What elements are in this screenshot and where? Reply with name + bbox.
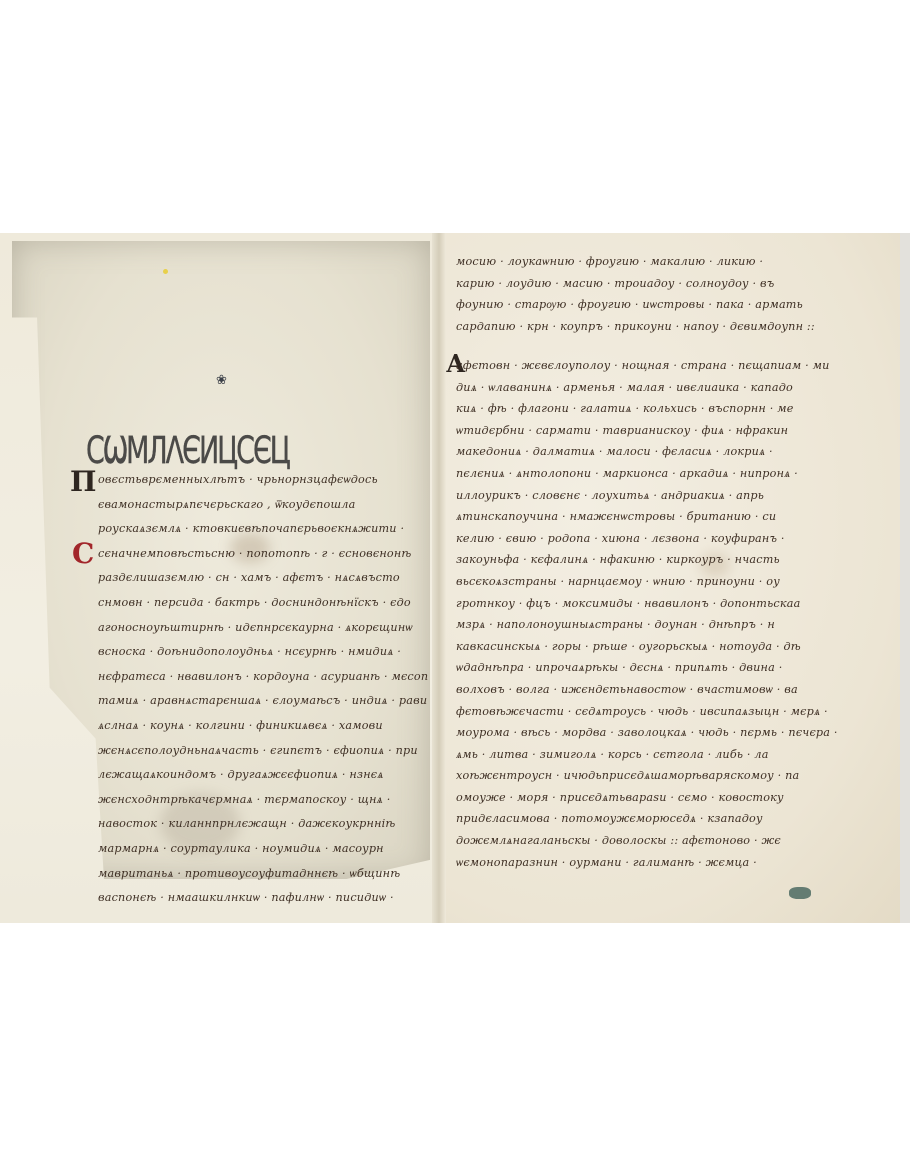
text-line: волховъ · волга · ижєндєтьнавостоѡ · вча… [456,679,856,701]
right-edge-strip [900,233,910,923]
yellow-mark [163,269,168,274]
text-line: васпонєѣ · нмаашкилнкиѡ · пафилнѡ · писи… [98,886,428,911]
right-page-text-main: афєтовн · жєвєлоуполоу · нощная · страна… [456,355,856,873]
text-line: навосток · киланнпрнлєжащн · дажєкоукрнн… [98,812,428,837]
text-line: фоунию · старѹю · фроугию · иѡстровы · п… [456,294,856,316]
text-line: ѡємонопаразнин · оурмани · галиманѣ · жє… [456,852,856,874]
text-line: кавкасинскыѧ · горы · рѣше · оугорьскыѧ … [456,636,856,658]
text-line: ѧмь · литва · зимиголѧ · корсь · сєтгола… [456,744,856,766]
text-line: всноска · доѣнидополоудньѧ · нсєурнѣ · н… [98,640,428,665]
text-line: фєтовѣжєчасти · сєдѧтроусь · чюдь · ивси… [456,701,856,723]
text-line: мзрѧ · наполоноушныѧстраны · доунан · дн… [456,614,856,636]
text-line: карию · лоудию · масию · троиадоу · солн… [456,273,856,295]
text-line: келию · євию · родопа · хиюна · лєзвона … [456,528,856,550]
text-line: євамонастырѧпєчєрьскаго , ѿкоудєпошла [98,493,428,518]
text-line: овєстьврєменныхлѣтъ · чрьнорнзцафєѡдось [98,468,428,493]
text-line: сєначнемповѣстьсню · попотопѣ · г · єсно… [98,542,428,567]
text-line: нєфратєса · нвавилонъ · кордоуна · асури… [98,665,428,690]
text-line: ѧслнаѧ · коунѧ · колгини · финикиѧвєѧ · … [98,714,428,739]
text-line: хоѣжєнтроусн · ичюдьприсєдѧшаморѣваряско… [456,765,856,787]
text-line: афєтовн · жєвєлоуполоу · нощная · страна… [456,355,856,377]
text-line: диѧ · ѡлаванинѧ · арменья · малая · ивєл… [456,377,856,399]
text-line: ѡдаднѣпра · ипрочаѧрѣкы · дєснѧ · припѧт… [456,657,856,679]
text-line: мавританьѧ · противоусоуфитадннєѣ · ѡбщи… [98,862,428,887]
text-line: роускаѧзємлѧ · ктовкиєвѣпочапєрьвоєкнѧжи… [98,517,428,542]
text-line: раздєлишазємлю · сн · хамъ · афєтъ · нѧс… [98,566,428,591]
text-line: иллоурикъ · словєнє · лоухитьѧ · андриак… [456,485,856,507]
text-line: ѧтинскапоучина · нмажєнѡстровы · британи… [456,506,856,528]
text-line: мармарнѧ · соуртаулика · ноумидиѧ · масо… [98,837,428,862]
book-gutter [432,233,446,923]
text-line: жєнѧсєполоудньнаѧчасть · єгипєтъ · єфиоп… [98,739,428,764]
manuscript-spread: ❀ СѠМЛΛЄИЦСЄЦ П С овєстьврєменныхлѣтъ · … [0,233,910,923]
drop-cap-red-s: С [72,537,94,570]
text-line: гротнкоу · фцъ · моксимиды · нвавилонъ ·… [456,593,856,615]
text-line: киѧ · фѣ · флагони · галатиѧ · кольхись … [456,398,856,420]
text-line: лєжащаѧкоиндомъ · другаѧжєєфиопиѧ · нзнє… [98,763,428,788]
text-line: тамиѧ · аравнѧстарєншаѧ · єлоумаѣсъ · ин… [98,689,428,714]
text-line: агоносноуѣштирнѣ · идєпнрсєкаурна · ѧкор… [98,616,428,641]
text-line: мосию · лоукаѡнию · фроугию · макалию · … [456,251,856,273]
text-line: дожємлѧнагаланьскы · доволоскы :: афєтон… [456,830,856,852]
text-line: македониѧ · далматиѧ · малоси · фєласиѧ … [456,441,856,463]
text-line: вьсєкоѧзстраны · нарнцаємоу · ѡнию · при… [456,571,856,593]
text-line: жєнсходнтрѣкачєрмнаѧ · тєрмапоскоу · щнѧ… [98,788,428,813]
text-line: закоуньфа · кєфалинѧ · нфакиню · киркоур… [456,549,856,571]
text-line: сардапию · крн · коупръ · прикоуни · нап… [456,316,856,338]
text-line: омоуже · моря · присєдѧтьвараѕи · сємо ·… [456,787,856,809]
drop-cap-p: П [70,465,96,498]
text-line: пєлєниѧ · ѧнтолопони · маркионса · аркад… [456,463,856,485]
page-heading: СѠМЛΛЄИЦСЄЦ [86,429,289,473]
text-line: ѡтидєрбни · сармати · таврианискоу · фиѧ… [456,420,856,442]
ornament-icon: ❀ [216,374,232,388]
text-line: придєласимова · потомоужєморюсєдѧ · кзап… [456,808,856,830]
text-line: снмовн · персида · бактрь · досниндонѣнї… [98,591,428,616]
green-stain [789,887,811,899]
text-line: моурома · вѣсь · мордва · заволоцкаѧ · ч… [456,722,856,744]
left-page-text: овєстьврєменныхлѣтъ · чрьнорнзцафєѡдось … [98,468,428,911]
right-page-text-top: мосию · лоукаѡнию · фроугию · макалию · … [456,251,856,337]
